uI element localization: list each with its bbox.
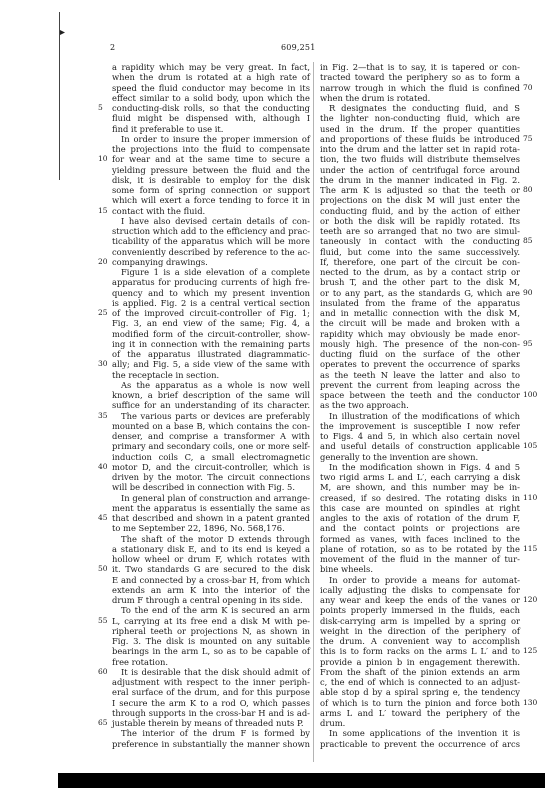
text-line: eral surface of the drum, and for this p… (112, 687, 310, 697)
page-number: 2 (110, 43, 115, 52)
text-line: From the shaft of the pinion extends an … (320, 667, 520, 677)
text-line: mously high. The presence of the non-con… (320, 339, 520, 349)
text-line: weight in the direction of the periphery… (320, 626, 520, 636)
text-line-content: tracted toward the periphery so as to fo… (320, 72, 520, 82)
text-line: brush T, and the other part to the disk … (320, 277, 520, 287)
text-line: c, the end of which is connected to an a… (320, 677, 520, 687)
text-line-content: ripheral teeth or projections N, as show… (112, 626, 310, 636)
text-line: is applied. Fig. 2 is a central vertical… (112, 298, 310, 308)
text-line: It is desirable that the disk should adm… (112, 667, 310, 677)
text-line: and in metallic connection with the disk… (320, 308, 520, 318)
line-number: 50 (98, 564, 110, 574)
text-line-content: ally; and Fig. 5, a side view of the sam… (112, 359, 310, 369)
text-line: speed the fluid conductor may become in … (112, 83, 310, 93)
right-text-column: in Fig. 2—that is to say, it is tapered … (320, 62, 520, 749)
text-line-content: of the apparatus illustrated diagrammati… (112, 349, 310, 359)
text-line: primary and secondary coils, one or more… (112, 441, 310, 451)
text-line-content: bearings in the arm L, so as to be capab… (112, 646, 310, 656)
text-line-content: arms L and L′ toward the periphery of th… (320, 708, 520, 718)
line-number: 20 (98, 257, 110, 267)
text-line: able stop d by a spiral spring e, the te… (320, 687, 520, 697)
text-line: conducting-disk rolls, so that the condu… (112, 103, 310, 113)
text-line-content: as the teeth N leave the latter and also… (320, 370, 520, 380)
text-line-content: creased, if so desired. The rotating dis… (320, 493, 520, 503)
text-line-content: It is desirable that the disk should adm… (121, 667, 310, 677)
line-number: 105 (523, 441, 537, 451)
text-line-content: In the modification shown in Figs. 4 and… (329, 462, 520, 472)
text-line-content: brush T, and the other part to the disk … (320, 277, 520, 287)
text-line: some form of spring connection or suppor… (112, 185, 310, 195)
text-line: and useful details of construction appli… (320, 441, 520, 451)
text-line: find it preferable to use it. (112, 124, 310, 134)
text-line-content: points properly immersed in the fluids, … (320, 605, 520, 615)
text-line: driven by the motor. The circuit connect… (112, 472, 310, 482)
text-line: the projections into the fluid to compen… (112, 144, 310, 154)
text-line-content: tion, the two fluids will distribute the… (320, 154, 520, 164)
text-line: nected to the drum, as by a contact stri… (320, 267, 520, 277)
text-line: to Figs. 4 and 5, in which also certain … (320, 431, 520, 441)
text-line: a stationary disk E, and to its end is k… (112, 544, 310, 554)
text-line-content: two rigid arms L and L′, each carrying a… (320, 472, 520, 482)
text-line: tion, the two fluids will distribute the… (320, 154, 520, 164)
text-line: space between the teeth and the conducto… (320, 390, 520, 400)
text-line-content: space between the teeth and the conducto… (320, 390, 520, 400)
text-line: hollow wheel or drum F, which rotates wi… (112, 554, 310, 564)
text-line-content: to Figs. 4 and 5, in which also certain … (320, 431, 520, 441)
text-line-content: speed the fluid conductor may become in … (112, 83, 310, 93)
text-line: As the apparatus as a whole is now well (112, 380, 310, 390)
text-line-content: primary and secondary coils, one or more… (112, 441, 310, 451)
text-line: for wear and at the same time to secure … (112, 154, 310, 164)
text-line-content: rapidity which may obviously be made eno… (320, 329, 520, 339)
text-line: the drum in the manner indicated in Fig.… (320, 175, 520, 185)
line-number: 70 (523, 83, 537, 93)
scan-bottom-edge-bar (58, 773, 545, 788)
text-line-content: E and connected by a cross-bar H, from w… (112, 575, 310, 585)
text-line: drum. (320, 718, 520, 728)
text-line-content: the projections into the fluid to compen… (112, 144, 310, 154)
text-line-content: L, carrying at its free end a disk M wit… (112, 616, 310, 626)
text-line-content: drum. (320, 718, 345, 728)
line-number: 100 (523, 390, 537, 400)
text-line-content: taneously in contact with the conducting (320, 236, 520, 246)
text-line-content: the improvement is susceptible I now ref… (320, 421, 520, 431)
text-line-content: this is to form racks on the arms L L′ a… (320, 646, 520, 656)
text-line-content: the receptacle in section. (112, 370, 219, 380)
text-line-content: that described and shown in a patent gra… (112, 513, 310, 523)
text-line: In order to insure the proper immersion … (112, 134, 310, 144)
text-line-content: drum F through a central opening in its … (112, 595, 303, 605)
text-line: induction coils C, a small electromagnet… (112, 452, 310, 462)
text-line-content: a rapidity which may be very great. In f… (112, 62, 310, 72)
text-line: the lighter non-conducting fluid, which … (320, 113, 520, 123)
line-number: 10 (98, 154, 110, 164)
text-line-content: through supports in the cross-bar H and … (112, 708, 310, 718)
text-line: Figure 1 is a side elevation of a comple… (112, 267, 310, 277)
text-line-content: hollow wheel or drum F, which rotates wi… (112, 554, 310, 564)
text-line: as the teeth N leave the latter and also… (320, 370, 520, 380)
text-line: justable therein by means of threaded nu… (112, 718, 310, 728)
text-line-content: motor D, and the circuit-controller, whi… (112, 462, 310, 472)
text-line-content: of the improved circuit-controller of Fi… (112, 308, 310, 318)
text-line: disk-carrying arm is impelled by a sprin… (320, 616, 520, 626)
text-line: generally to the invention are shown. (320, 452, 520, 462)
text-line: In illustration of the modifications of … (320, 411, 520, 421)
text-line: of the improved circuit-controller of Fi… (112, 308, 310, 318)
text-line: through supports in the cross-bar H and … (112, 708, 310, 718)
text-line-content: From the shaft of the pinion extends an … (320, 667, 520, 677)
text-line: used in the drum. If the proper quantiti… (320, 124, 520, 134)
text-line: in Fig. 2—that is to say, it is tapered … (320, 62, 520, 72)
text-line: it. Two standards G are secured to the d… (112, 564, 310, 574)
text-line: conducting fluid, and by the action of e… (320, 206, 520, 216)
text-line: two rigid arms L and L′, each carrying a… (320, 472, 520, 482)
text-line-content: In illustration of the modifications of … (329, 411, 520, 421)
line-number: 115 (523, 544, 537, 554)
text-line: suffice for an understanding of its char… (112, 400, 310, 410)
text-line-content: the drum. A convenient way to accomplish (320, 636, 520, 646)
line-number: 5 (98, 103, 110, 113)
text-line-content: c, the end of which is connected to an a… (320, 677, 520, 687)
text-line: drum F through a central opening in its … (112, 595, 310, 605)
text-line-content: teeth are so arranged that no two are si… (320, 226, 520, 236)
text-line-content: when the drum is rotated. (320, 93, 430, 103)
text-line-content: plane of rotation, so as to be rotated b… (320, 544, 520, 554)
text-line-content: conducting-disk rolls, so that the condu… (112, 103, 310, 113)
text-line-content: and in metallic connection with the disk… (320, 308, 520, 318)
text-line-content: the circuit will be made and broken with… (320, 318, 520, 328)
text-line: The shaft of the motor D extends through (112, 534, 310, 544)
text-line-content: or to any part, as the standards G, whic… (320, 288, 520, 298)
text-line: operates to prevent the occurrence of sp… (320, 359, 520, 369)
text-line: In the modification shown in Figs. 4 and… (320, 462, 520, 472)
text-line: fluid, but come into the same successive… (320, 247, 520, 257)
text-line-content: to me September 22, 1896, No. 568,176. (112, 523, 285, 533)
text-line: this case are mounted on spindles at rig… (320, 503, 520, 513)
text-line: bearings in the arm L, so as to be capab… (112, 646, 310, 656)
text-line-content: adjustment with respect to the inner per… (112, 677, 310, 687)
text-line-content: Fig. 3, an end view of the same; Fig. 4,… (112, 318, 310, 328)
text-line-content: the lighter non-conducting fluid, which … (320, 113, 520, 123)
text-line: modified form of the circuit-controller,… (112, 329, 310, 339)
text-line-content: disk-carrying arm is impelled by a sprin… (320, 616, 520, 626)
line-number: 90 (523, 288, 537, 298)
text-line: this is to form racks on the arms L L′ a… (320, 646, 520, 656)
text-line-content: ically adjusting the disks to compensate… (320, 585, 520, 595)
text-line: M, are shown, and this number may be in- (320, 482, 520, 492)
text-line-content: In some applications of the invention it… (329, 728, 520, 738)
text-line: extends an arm K into the interior of th… (112, 585, 310, 595)
text-line: tracted toward the periphery so as to fo… (320, 72, 520, 82)
text-line: narrow trough in which the fluid is conf… (320, 83, 520, 93)
text-line: struction which add to the efficiency an… (112, 226, 310, 236)
text-line: angles to the axis of rotation of the dr… (320, 513, 520, 523)
line-number: 110 (523, 493, 537, 503)
text-line-content: As the apparatus as a whole is now well (121, 380, 310, 390)
text-line: ally; and Fig. 5, a side view of the sam… (112, 359, 310, 369)
text-line-content: I secure the arm K to a rod O, which pas… (112, 698, 310, 708)
text-line-content: as the two approach. (320, 400, 409, 410)
text-line: movement of the fluid in the manner of t… (320, 554, 520, 564)
text-line: will be described in connection with Fig… (112, 482, 310, 492)
text-line: the improvement is susceptible I now ref… (320, 421, 520, 431)
text-line: creased, if so desired. The rotating dis… (320, 493, 520, 503)
text-line: In general plan of construction and arra… (112, 493, 310, 503)
text-line: that described and shown in a patent gra… (112, 513, 310, 523)
text-line: R designates the conducting fluid, and S (320, 103, 520, 113)
line-number: 75 (523, 134, 537, 144)
text-line: bine wheels. (320, 564, 520, 574)
text-line-content: mously high. The presence of the non-con… (320, 339, 520, 349)
text-line-content: If, therefore, one part of the circuit b… (320, 257, 520, 267)
text-line: I have also devised certain details of c… (112, 216, 310, 226)
text-line-content: suffice for an understanding of its char… (112, 400, 310, 410)
text-line: Fig. 3, an end view of the same; Fig. 4,… (112, 318, 310, 328)
text-line: companying drawings.20 (112, 257, 310, 267)
text-line: ically adjusting the disks to compensate… (320, 585, 520, 595)
text-line-content: angles to the axis of rotation of the dr… (320, 513, 520, 523)
text-line: The various parts or devices are prefera… (112, 411, 310, 421)
text-line: known, a brief description of the same w… (112, 390, 310, 400)
text-line-content: in Fig. 2—that is to say, it is tapered … (320, 62, 520, 72)
text-line-content: prevent the current from leaping across … (320, 380, 520, 390)
text-line-content: induction coils C, a small electromagnet… (112, 452, 310, 462)
text-line: ing it in connection with the remaining … (112, 339, 310, 349)
text-line: fluid might be dispensed with, although … (112, 113, 310, 123)
line-number: 85 (523, 236, 537, 246)
text-line: a rapidity which may be very great. In f… (112, 62, 310, 72)
text-line-content: The arm K is adjusted so that the teeth … (320, 185, 520, 195)
text-line: and the contact points or projections ar… (320, 523, 520, 533)
left-text-column: a rapidity which may be very great. In f… (112, 62, 310, 749)
text-line-content: and proportions of these fluids be intro… (320, 134, 520, 144)
text-line-content: M, are shown, and this number may be in- (320, 482, 520, 492)
text-line-content: insulated from the frame of the apparatu… (320, 298, 520, 308)
text-line: I secure the arm K to a rod O, which pas… (112, 698, 310, 708)
text-line-content: extends an arm K into the interior of th… (112, 585, 310, 595)
text-line-content: quency and to which my present invention (112, 288, 310, 298)
text-line: yielding pressure between the fluid and … (112, 165, 310, 175)
text-line: The interior of the drum F is formed by (112, 728, 310, 738)
text-line: rapidity which may obviously be made eno… (320, 329, 520, 339)
column-divider (313, 62, 314, 762)
line-number: 25 (98, 308, 110, 318)
text-line-content: To the end of the arm K is secured an ar… (121, 605, 310, 615)
text-line-content: eral surface of the drum, and for this p… (112, 687, 310, 697)
text-line-content: generally to the invention are shown. (320, 452, 478, 462)
text-line: If, therefore, one part of the circuit b… (320, 257, 520, 267)
text-line: of which is to turn the pinion and force… (320, 698, 520, 708)
text-line-content: driven by the motor. The circuit connect… (112, 472, 310, 482)
text-line: the circuit will be made and broken with… (320, 318, 520, 328)
patent-number: 609,251 (281, 43, 315, 52)
line-number: 30 (98, 359, 110, 369)
text-line: Fig. 3. The disk is mounted on any suita… (112, 636, 310, 646)
text-line: projections on the disk M will just ente… (320, 195, 520, 205)
text-line: To the end of the arm K is secured an ar… (112, 605, 310, 615)
text-line: to me September 22, 1896, No. 568,176. (112, 523, 310, 533)
text-line-content: The interior of the drum F is formed by (121, 728, 310, 738)
text-line-content: movement of the fluid in the manner of t… (320, 554, 520, 564)
text-line: apparatus for producing currents of high… (112, 277, 310, 287)
text-line-content: it. Two standards G are secured to the d… (112, 564, 310, 574)
text-line: which will exert a force tending to forc… (112, 195, 310, 205)
text-line: In order to provide a means for automat- (320, 575, 520, 585)
text-line-content: a stationary disk E, and to its end is k… (112, 544, 310, 554)
text-line-content: justable therein by means of threaded nu… (112, 718, 304, 728)
text-line-content: preference in substantially the manner s… (112, 739, 310, 749)
text-line-content: for wear and at the same time to secure … (112, 154, 310, 164)
text-line: In some applications of the invention it… (320, 728, 520, 738)
text-line-content: nected to the drum, as by a contact stri… (320, 267, 520, 277)
line-number: 95 (523, 339, 537, 349)
text-line-content: projections on the disk M will just ente… (320, 195, 520, 205)
text-line-content: formed as vanes, with faces inclined to … (320, 534, 520, 544)
text-line-content: this case are mounted on spindles at rig… (320, 503, 520, 513)
line-number: 40 (98, 462, 110, 472)
text-line: arms L and L′ toward the periphery of th… (320, 708, 520, 718)
text-line: any wear and keep the ends of the vanes … (320, 595, 520, 605)
text-line: or both the disk will be rapidly rotated… (320, 216, 520, 226)
text-line-content: some form of spring connection or suppor… (112, 185, 310, 195)
text-line: contact with the fluid.15 (112, 206, 310, 216)
text-line: quency and to which my present invention (112, 288, 310, 298)
line-number: 125 (523, 646, 537, 656)
text-line: preference in substantially the manner s… (112, 739, 310, 749)
text-line: ment the apparatus is essentially the sa… (112, 503, 310, 513)
text-line-content: bine wheels. (320, 564, 373, 574)
text-line-content: is applied. Fig. 2 is a central vertical… (112, 298, 310, 308)
text-line-content: known, a brief description of the same w… (112, 390, 310, 400)
text-line-content: Fig. 3. The disk is mounted on any suita… (112, 636, 310, 646)
text-line-content: companying drawings. (112, 257, 208, 267)
text-line-content: I have also devised certain details of c… (121, 216, 310, 226)
text-line: motor D, and the circuit-controller, whi… (112, 462, 310, 472)
text-line-content: practicable to prevent the occurrence of… (320, 739, 520, 749)
text-line-content: modified form of the circuit-controller,… (112, 329, 310, 339)
text-line: conveniently described by reference to t… (112, 247, 310, 257)
text-line: or to any part, as the standards G, whic… (320, 288, 520, 298)
text-line-content: ment the apparatus is essentially the sa… (112, 503, 310, 513)
text-line: insulated from the frame of the apparatu… (320, 298, 520, 308)
text-line-content: Figure 1 is a side elevation of a comple… (121, 267, 310, 277)
text-line: as the two approach. (320, 400, 520, 410)
margin-arrow-mark-icon (60, 30, 65, 35)
text-line-content: into the drum and the latter set in rapi… (320, 144, 520, 154)
text-line-content: In order to provide a means for automat- (329, 575, 520, 585)
text-line-content: will be described in connection with Fig… (112, 482, 295, 492)
text-line-content: operates to prevent the occurrence of sp… (320, 359, 520, 369)
line-number: 15 (98, 206, 110, 216)
text-line: effect similar to a solid body, upon whi… (112, 93, 310, 103)
text-line-content: any wear and keep the ends of the vanes … (320, 595, 520, 605)
text-line-content: the drum in the manner indicated in Fig.… (320, 175, 520, 185)
line-number: 45 (98, 513, 110, 523)
text-line-content: and the contact points or projections ar… (320, 523, 520, 533)
line-number: 60 (98, 667, 110, 677)
text-line-content: ticability of the apparatus which will b… (112, 236, 310, 246)
text-line: teeth are so arranged that no two are si… (320, 226, 520, 236)
text-line: denser, and comprise a transformer A wit… (112, 431, 310, 441)
text-line: into the drum and the latter set in rapi… (320, 144, 520, 154)
text-line: ducting fluid on the surface of the othe… (320, 349, 520, 359)
text-line-content: fluid might be dispensed with, although … (112, 113, 310, 123)
text-line-content: when the drum is rotated at a high rate … (112, 72, 310, 82)
text-line-content: ducting fluid on the surface of the othe… (320, 349, 520, 359)
text-line: provide a pinion b in engagement therewi… (320, 657, 520, 667)
text-line-content: R designates the conducting fluid, and S (329, 103, 520, 113)
text-line-content: The various parts or devices are prefera… (121, 411, 310, 421)
text-line-content: able stop d by a spiral spring e, the te… (320, 687, 520, 697)
text-line: ticability of the apparatus which will b… (112, 236, 310, 246)
text-line-content: The shaft of the motor D extends through (121, 534, 310, 544)
text-line-content: In general plan of construction and arra… (121, 493, 310, 503)
text-line-content: which will exert a force tending to forc… (112, 195, 310, 205)
text-line: E and connected by a cross-bar H, from w… (112, 575, 310, 585)
line-number: 80 (523, 185, 537, 195)
text-line-content: provide a pinion b in engagement therewi… (320, 657, 520, 667)
text-line: of the apparatus illustrated diagrammati… (112, 349, 310, 359)
text-line-content: In order to insure the proper immersion … (121, 134, 310, 144)
text-line: disk, it is desirable to employ for the … (112, 175, 310, 185)
text-line-content: and useful details of construction appli… (320, 441, 520, 451)
text-line-content: effect similar to a solid body, upon whi… (112, 93, 310, 103)
text-line: adjustment with respect to the inner per… (112, 677, 310, 687)
text-line-content: conducting fluid, and by the action of e… (320, 206, 520, 216)
text-line: and proportions of these fluids be intro… (320, 134, 520, 144)
text-line-content: or both the disk will be rapidly rotated… (320, 216, 520, 226)
text-line: prevent the current from leaping across … (320, 380, 520, 390)
text-line: when the drum is rotated at a high rate … (112, 72, 310, 82)
text-line-content: used in the drum. If the proper quantiti… (320, 124, 520, 134)
text-line-content: weight in the direction of the periphery… (320, 626, 520, 636)
text-line: practicable to prevent the occurrence of… (320, 739, 520, 749)
line-number: 120 (523, 595, 537, 605)
text-line-content: free rotation. (112, 657, 168, 667)
text-line: taneously in contact with the conducting… (320, 236, 520, 246)
line-number: 55 (98, 616, 110, 626)
text-line: under the action of centrifugal force ar… (320, 165, 520, 175)
left-margin-rule (59, 12, 60, 180)
text-line-content: fluid, but come into the same successive… (320, 247, 520, 257)
text-line: plane of rotation, so as to be rotated b… (320, 544, 520, 554)
text-line: points properly immersed in the fluids, … (320, 605, 520, 615)
text-line-content: denser, and comprise a transformer A wit… (112, 431, 310, 441)
text-line-content: conveniently described by reference to t… (112, 247, 310, 257)
text-line: when the drum is rotated. (320, 93, 520, 103)
text-line: L, carrying at its free end a disk M wit… (112, 616, 310, 626)
line-number: 130 (523, 698, 537, 708)
text-line-content: apparatus for producing currents of high… (112, 277, 310, 287)
text-line: ripheral teeth or projections N, as show… (112, 626, 310, 636)
text-line-content: mounted on a base B, which contains the … (112, 421, 310, 431)
text-line: mounted on a base B, which contains the … (112, 421, 310, 431)
text-line-content: contact with the fluid. (112, 206, 205, 216)
text-line-content: ing it in connection with the remaining … (112, 339, 310, 349)
text-line-content: disk, it is desirable to employ for the … (112, 175, 310, 185)
line-number: 65 (98, 718, 110, 728)
text-line: the drum. A convenient way to accomplish (320, 636, 520, 646)
text-line: the receptacle in section. (112, 370, 310, 380)
line-number: 35 (98, 411, 110, 421)
text-line-content: yielding pressure between the fluid and … (112, 165, 310, 175)
text-line-content: struction which add to the efficiency an… (112, 226, 310, 236)
text-line-content: find it preferable to use it. (112, 124, 223, 134)
text-line-content: under the action of centrifugal force ar… (320, 165, 520, 175)
text-line: The arm K is adjusted so that the teeth … (320, 185, 520, 195)
text-line-content: of which is to turn the pinion and force… (320, 698, 520, 708)
text-line-content: narrow trough in which the fluid is conf… (320, 83, 520, 93)
